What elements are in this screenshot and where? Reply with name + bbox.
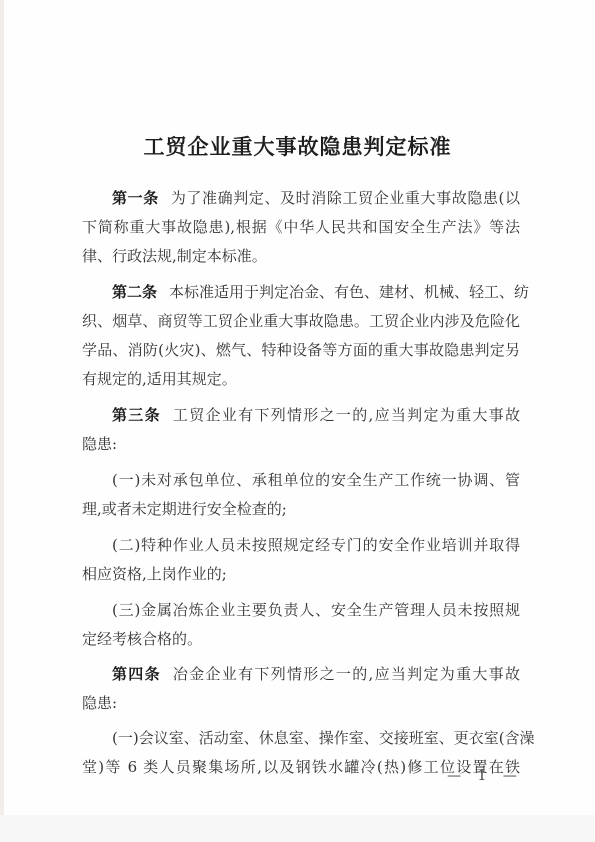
article-3-item-1-line-1: (一)未对承包单位、承租单位的安全生产工作统一协调、管: [112, 471, 520, 489]
document-page: 工贸企业重大事故隐患判定标准 第一条为了准确判定、及时消除工贸企业重大事故隐患(…: [0, 0, 595, 842]
article-4-item-1-line-1: (一)会议室、活动室、休息室、操作室、交接班室、更衣室(含澡: [112, 729, 520, 747]
article-3-item-3-line-1: (三)金属冶炼企业主要负责人、安全生产管理人员未按照规: [112, 601, 520, 619]
article-2-line-4: 有规定的,适用其规定。: [82, 370, 520, 388]
article-4-line-2: 隐患:: [82, 694, 520, 712]
article-text: 工贸企业有下列情形之一的,应当判定为重大事故: [173, 406, 520, 424]
scan-edge: [0, 0, 4, 842]
article-text: 为了准确判定、及时消除工贸企业重大事故隐患(以: [171, 189, 520, 207]
article-1-line-2: 下简称重大事故隐患),根据《中华人民共和国安全生产法》等法: [82, 218, 520, 236]
scan-bottom-shade: [0, 815, 595, 842]
article-4-line-1: 第四条冶金企业有下列情形之一的,应当判定为重大事故: [112, 665, 520, 683]
article-3-item-3-line-2: 定经考核合格的。: [82, 630, 520, 648]
article-3-item-1-line-2: 理,或者未定期进行安全检查的;: [82, 500, 520, 518]
article-2-line-2: 织、烟草、商贸等工贸企业重大事故隐患。工贸企业内涉及危险化: [82, 312, 520, 330]
document-title: 工贸企业重大事故隐患判定标准: [0, 131, 595, 161]
article-2-line-1: 第二条本标准适用于判定冶金、有色、建材、机械、轻工、纺: [112, 283, 520, 301]
article-3-item-2-line-2: 相应资格,上岗作业的;: [82, 565, 520, 583]
article-3-label: 第三条: [112, 406, 161, 424]
article-2-line-3: 学品、消防(火灾)、燃气、特种设备等方面的重大事故隐患判定另: [82, 341, 520, 359]
page-number: — 1 —: [445, 768, 525, 784]
article-2-label: 第二条: [112, 283, 157, 301]
article-3-item-2-line-1: (二)特种作业人员未按照规定经专门的安全作业培训并取得: [112, 536, 520, 554]
article-text: 本标准适用于判定冶金、有色、建材、机械、轻工、纺: [169, 283, 529, 301]
article-text: 冶金企业有下列情形之一的,应当判定为重大事故: [173, 665, 520, 683]
article-1-label: 第一条: [112, 189, 159, 207]
article-1-line-3: 律、行政法规,制定本标准。: [82, 247, 520, 265]
article-4-label: 第四条: [112, 665, 161, 683]
article-3-line-1: 第三条工贸企业有下列情形之一的,应当判定为重大事故: [112, 406, 520, 424]
article-1-line-1: 第一条为了准确判定、及时消除工贸企业重大事故隐患(以: [112, 189, 520, 207]
article-3-line-2: 隐患:: [82, 435, 520, 453]
